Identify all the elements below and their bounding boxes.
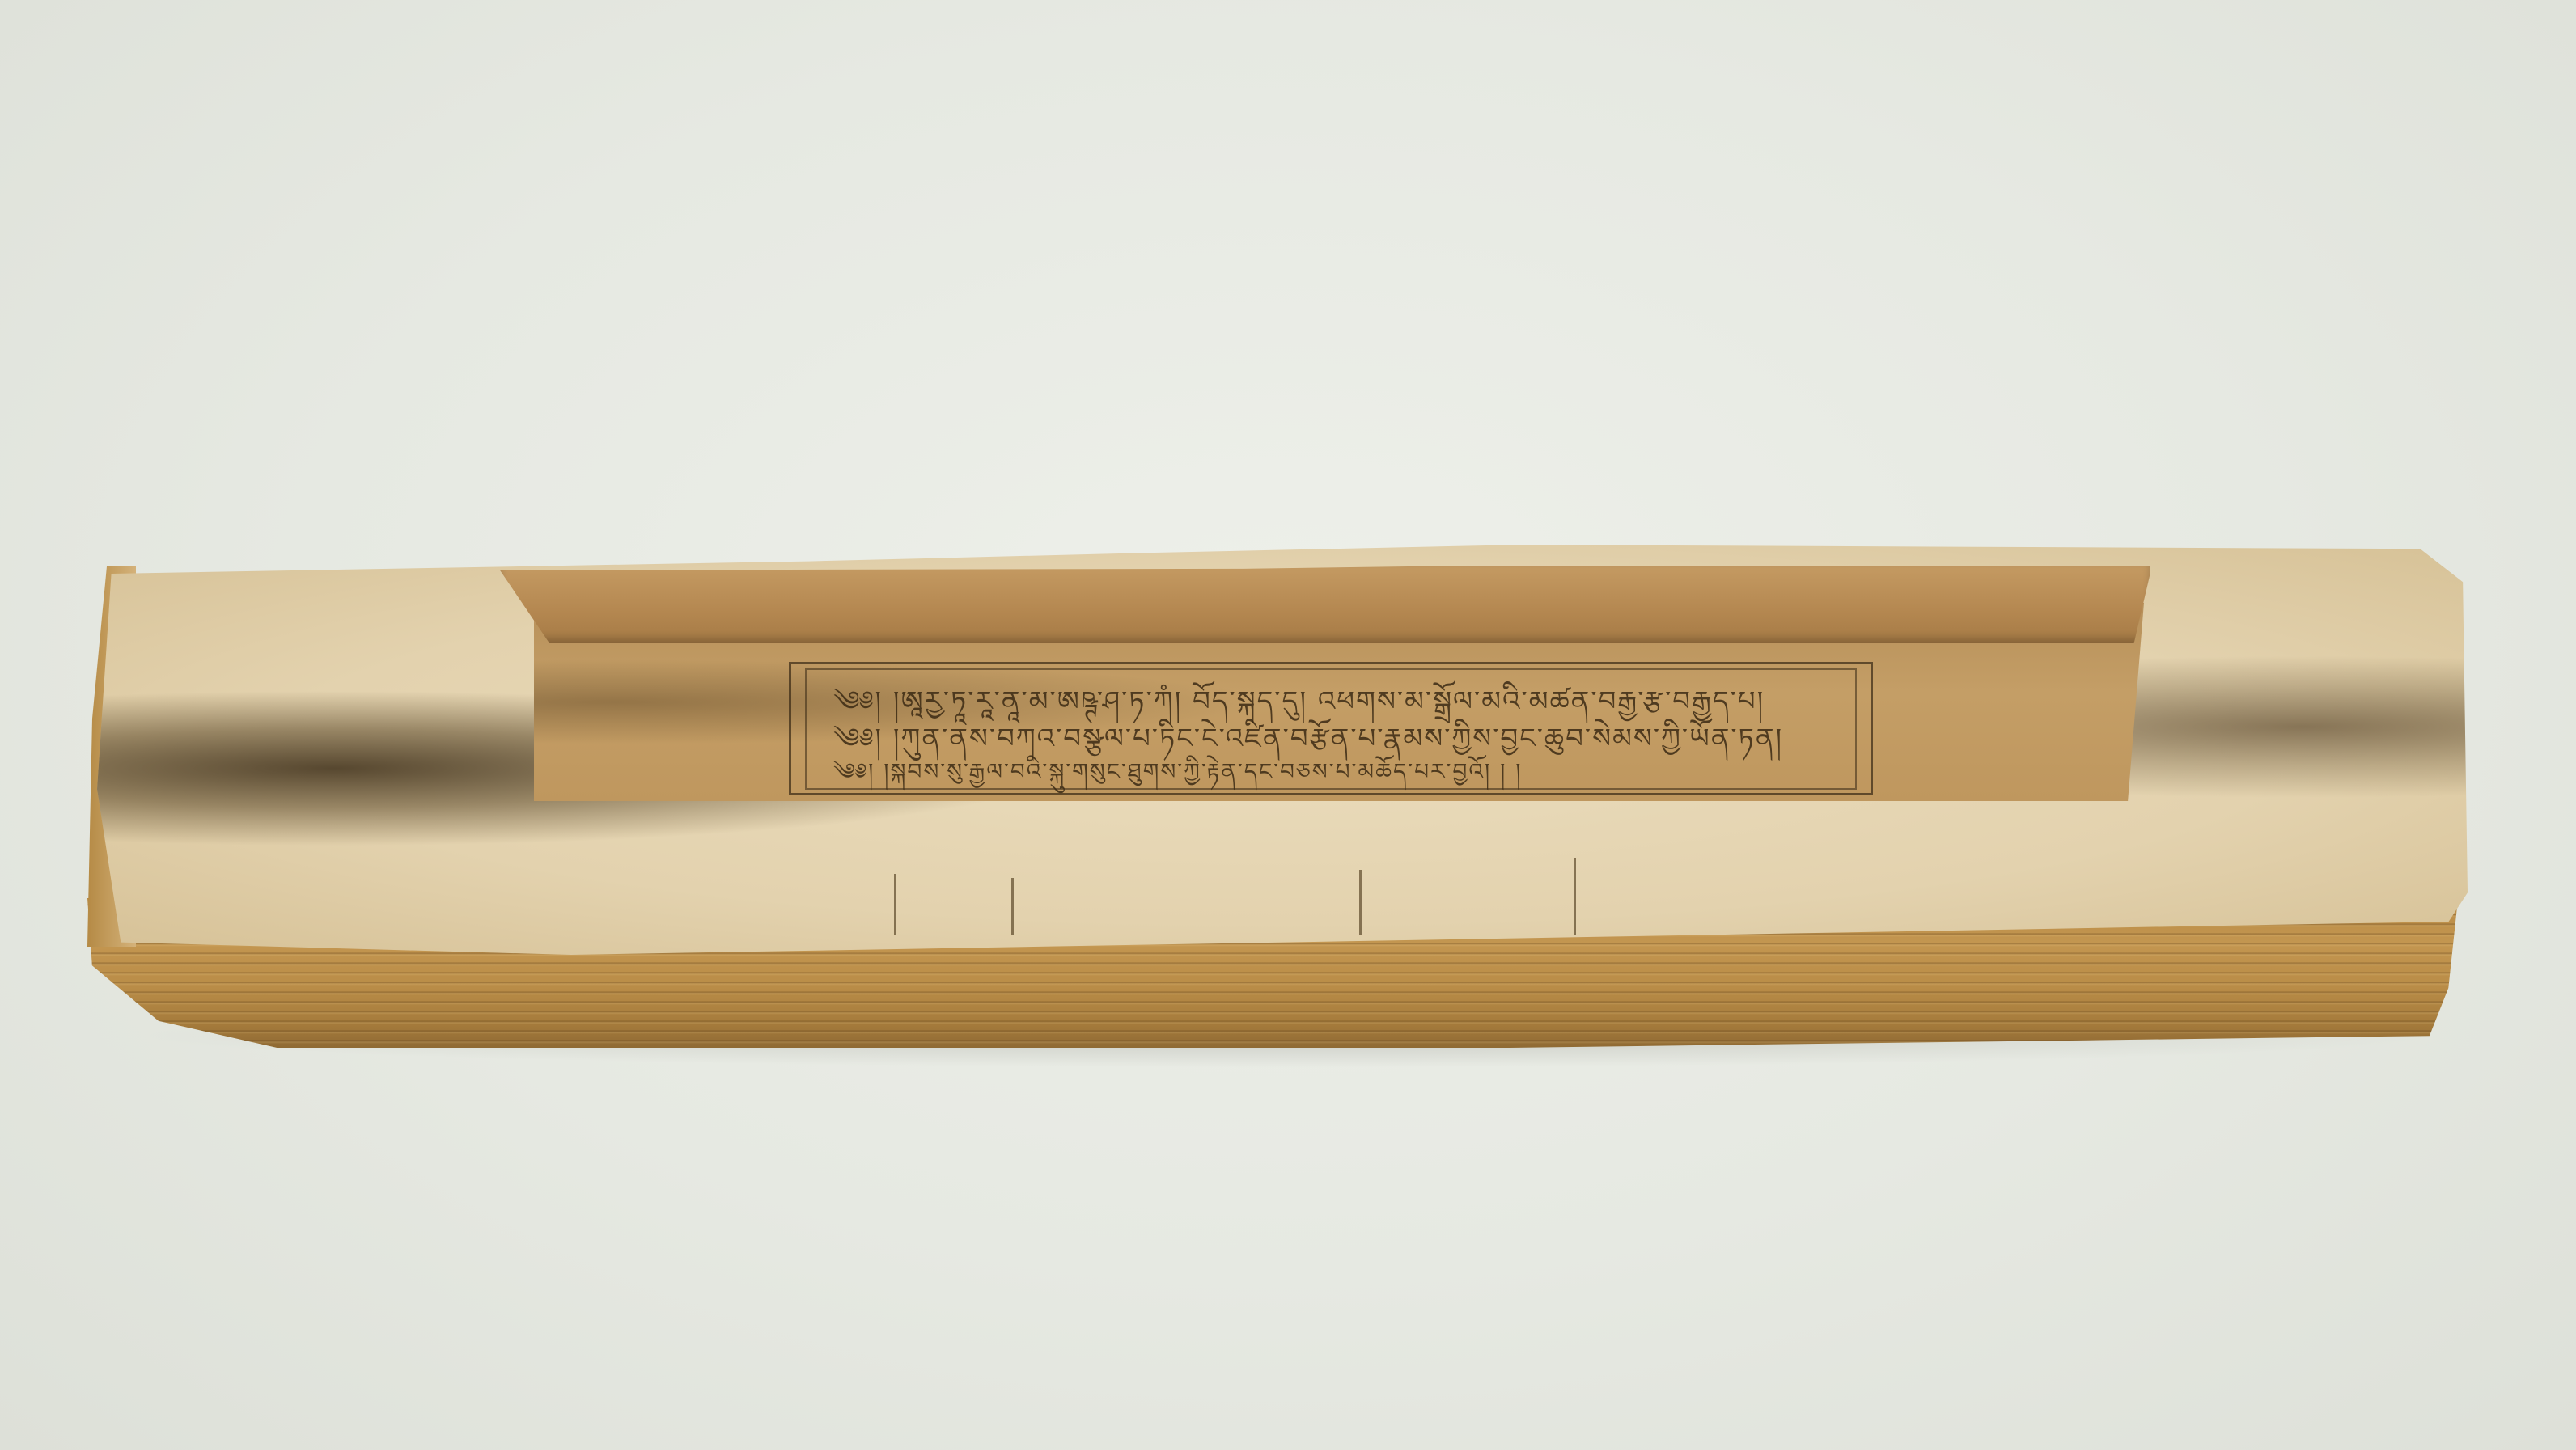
cover-crack [1011,878,1014,935]
cover-flap [500,566,2150,643]
inscription-line-3: ༄༅། །སྐབས་སུ་རྒྱལ་བའི་སྐུ་གསུང་ཐུགས་ཀྱི་… [833,746,1837,810]
cover-crack [894,874,896,935]
cover-crack [1359,870,1362,935]
cover-crack [1574,858,1576,935]
photo-scene: ༄༅། །ཨཱརྱ་ཏཱ་རཱ་ནཱ་མ་ཨཥྚ་ཤ་ཏ་ཀཾ། བོད་སྐད… [0,0,2576,1450]
